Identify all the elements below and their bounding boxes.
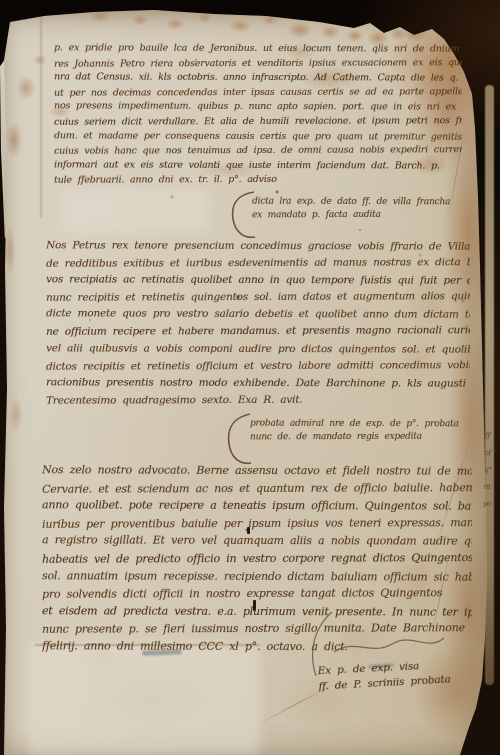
manuscript-line: anno quolibet. pote recipere a teneatis … (42, 497, 472, 516)
manuscript-line: vel alii quibusvis a vobis componi audir… (46, 340, 470, 358)
subscription-note-2: probata admiral nre de exp. de p°. proba… (250, 418, 465, 444)
manuscript-line: tule ffebruarii. anno dni ex. tr. il. p°… (54, 173, 462, 189)
manuscript-line: ne officium recipere et habere mandamus.… (46, 323, 470, 342)
manuscript-line: dictos recipitis et retinetis officium e… (46, 357, 470, 376)
manuscript-line: habeatis vel de predicto officio in vest… (42, 549, 472, 568)
manuscript-line: of (484, 445, 500, 462)
entry-block-1: p. ex pridie pro bauile lca de Jeronibus… (54, 42, 462, 188)
manuscript-line: res Johannis Petro riera observatoris et… (54, 56, 462, 72)
manuscript-line: Nos Petrus rex tenore presencium concedi… (46, 237, 470, 255)
manuscript-line: sol. annuatim ipsum recepisse. recipiend… (42, 567, 472, 586)
manuscript-line: Trecentesimo quadragesimo sexto. Exa R. … (46, 391, 470, 410)
manuscript-line: cuius vobis hanc que nos tenuimus ad ips… (54, 143, 462, 159)
manuscript-text-layer: p. ex pridie pro bauile lca de Jeronibus… (0, 0, 500, 755)
manuscript-line: nunc de. de mandato regis expedita (250, 431, 465, 445)
manuscript-line: vos recipiatis ac retinatis quolibet ann… (46, 272, 470, 290)
manuscript-line: iuribus per proventibus baiulie per ipsu… (42, 514, 472, 533)
manuscript-line: nra dat Census. xii. kls octobris. anno … (54, 71, 462, 87)
manuscript-line: nos presens impedimentum. quibus p. nunc… (54, 100, 462, 116)
manuscript-photo: p. ex pridie pro bauile lca de Jeronibus… (0, 0, 500, 755)
manuscript-line: cuius seriem dicit verdullare. Et alia d… (54, 114, 462, 130)
manuscript-line: Cervarie. et est sciendum ac nos et quan… (42, 479, 472, 498)
manuscript-line: nunc recipitis et retinetis quingentos s… (46, 288, 470, 307)
gutter-margin-notes: ffofq°rayo (483, 428, 500, 514)
manuscript-line: yo (482, 496, 499, 514)
subscription-note-1: dicta lra exp. de dato ff. de villa fran… (252, 196, 467, 222)
manuscript-line: racionibus presentis nostro modo exhiben… (46, 374, 470, 392)
entry-block-2: Nos Petrus rex tenore presencium concedi… (46, 238, 470, 409)
manuscript-line: Nos zelo nostro advocato. Berne assensu … (42, 461, 472, 480)
manuscript-line: p. ex pridie pro bauile lca de Jeronibus… (54, 41, 462, 57)
manuscript-line: dicte monete quos pro vestro salario deb… (46, 306, 470, 324)
manuscript-line: pro solvendis dicti officii in nostro ex… (42, 584, 472, 603)
manuscript-line: ex mandato p. facta audita (252, 209, 467, 223)
manuscript-line: a registro sigillati. Et vero vel quamqu… (42, 532, 472, 551)
manuscript-line: ra (483, 479, 500, 496)
manuscript-line: de redditibus exitibus et iuribus esdeve… (46, 254, 470, 273)
manuscript-line: q° (484, 462, 500, 480)
manuscript-line: ff (485, 428, 500, 446)
manuscript-line: dicta lra exp. de dato ff. de villa fran… (252, 196, 467, 210)
manuscript-line: dum. et madame per consequens causis cer… (54, 129, 462, 145)
manuscript-line: probata admiral nre de exp. de p°. proba… (250, 418, 465, 432)
